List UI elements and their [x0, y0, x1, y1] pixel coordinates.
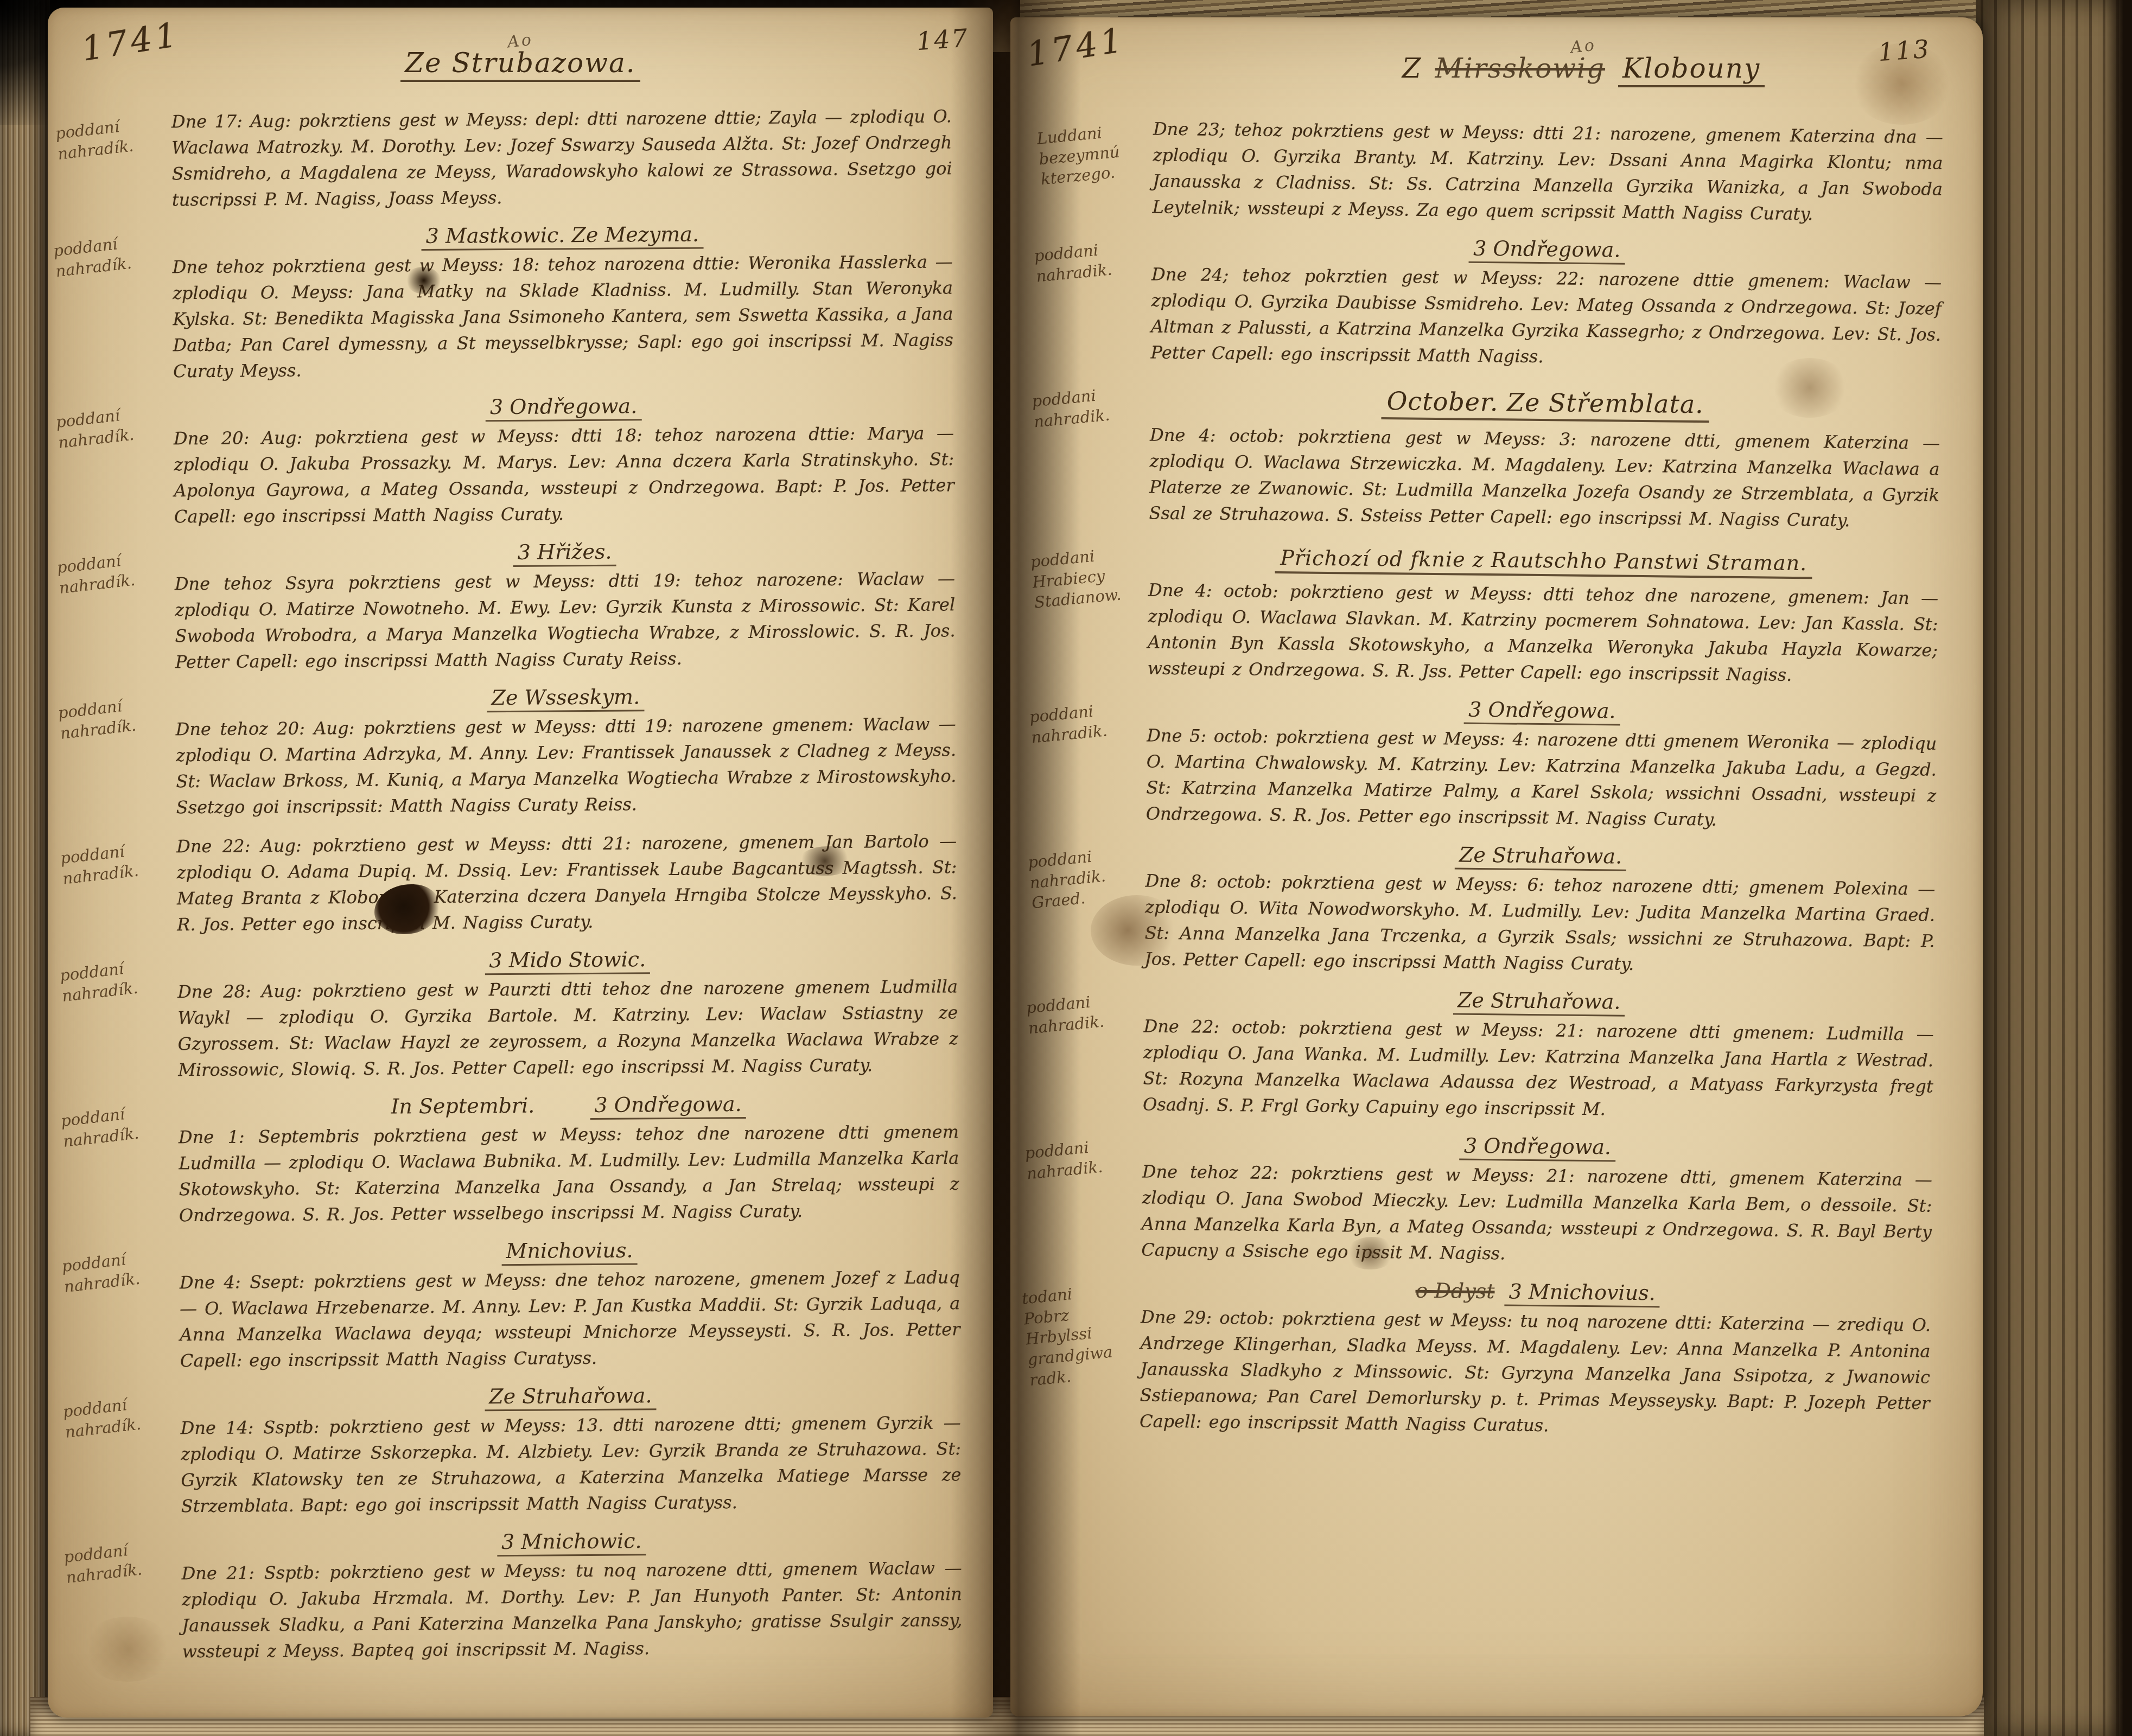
register-entry: poddani nahradik. October. Ze Střemblata… — [1036, 377, 1940, 534]
entry-place-heading: 3 Mido Stowic. — [177, 945, 958, 974]
entry-place-heading: 3 Hřižes. — [174, 537, 954, 566]
register-entry: poddaní nahradík. Dne 22: Aug: pokrztien… — [63, 828, 957, 938]
entry-margin-note: poddaní nahradík. — [52, 221, 173, 390]
place-heading-right: Klobouny — [1618, 53, 1765, 87]
entry-body-text: Dne tehoz pokrztiena gest w Meyss: 18: t… — [173, 248, 954, 384]
page-heading-right: Ao Z Mirsskowig Klobouny — [1010, 37, 1983, 84]
entry-body-text: Dne 22: Aug: pokrztieno gest w Meyss: dt… — [176, 828, 957, 937]
register-entry: Luddani bezeymnú kterzego. Dne 23; tehoz… — [1039, 114, 1943, 228]
register-entry: poddani nahradik. 3 Ondřegowa. Dne 5: oc… — [1033, 693, 1937, 834]
entry-margin-note: poddaní nahradík. — [59, 1091, 177, 1234]
manuscript-page-right: 1741 113 Ao Z Mirsskowig Klobouny Luddan… — [1010, 17, 1983, 1716]
entry-place-heading: In Septembri. 3 Ondřegowa. — [178, 1090, 958, 1120]
entry-body-text: Dne 14: Ssptb: pokrztieno gest w Meyss: … — [181, 1409, 962, 1519]
entry-body-text: Dne 4: octob: pokrztiena gest w Meyss: 3… — [1149, 422, 1940, 534]
entry-body-text: Dne 8: octob: pokrztiena gest w Meyss: 6… — [1144, 867, 1936, 980]
entry-margin-note: poddaní nahradík. — [60, 1236, 178, 1380]
entry-margin-note: poddaní nahradík. — [61, 1382, 179, 1525]
entry-place-heading: o Ddyst 3 Mnichovius. — [1141, 1275, 1931, 1307]
entry-body-text: Dne 23; tehoz pokrztiens gest w Meyss: d… — [1152, 116, 1943, 228]
register-entry: poddani nahradik. 3 Ondřegowa. Dne tehoz… — [1028, 1129, 1932, 1271]
entry-body-text: Dne 24; tehoz pokrztien gest w Meyss: 22… — [1150, 261, 1942, 374]
entry-body-text: Dne 17: Aug: pokrztiens gest w Meyss: de… — [171, 103, 952, 213]
entry-margin-note: poddani nahradik. Graed. — [1026, 834, 1142, 976]
entry-body-text: Dne 20: Aug: pokrztiena gest w Meyss: dt… — [174, 420, 954, 529]
register-entry: poddaní nahradík. 3 Mnichowic. Dne 21: S… — [68, 1527, 963, 1665]
book-left-page-stack — [0, 0, 50, 1736]
register-entry: poddaní nahradík. 3 Ondřegowa. Dne 20: A… — [60, 392, 954, 530]
entry-body-text: Dne tehoz Ssyra pokrztiens gest w Meyss:… — [175, 565, 956, 675]
entry-margin-note: poddaní nahradík. — [59, 828, 174, 943]
month-heading: In Septembri. — [391, 1094, 534, 1119]
heading-struck-word: Mirsskowig — [1431, 53, 1608, 84]
register-entry: poddani nahradik. Graed. Ze Struhařowa. … — [1032, 838, 1936, 980]
entry-body-text: Dne 4: octob: pokrztieno gest w Meyss: d… — [1147, 577, 1938, 689]
entry-body-text: Dne 5: octob: pokrztiena gest w Meyss: 4… — [1146, 722, 1937, 834]
entry-place-heading: 3 Mastkowic. Ze Mezyma. — [172, 220, 952, 250]
register-entry: poddaní nahradík. Ze Wsseskym. Dne tehoz… — [62, 682, 957, 821]
month-section-heading: October. Ze Střemblata. — [1150, 384, 1940, 422]
entry-margin-note: poddaní nahradík. — [58, 946, 176, 1089]
entry-place-heading: 3 Ondřegowa. — [1147, 694, 1937, 726]
entry-body-text: Dne 4: Ssept: pokrztiens gest w Meyss: d… — [180, 1264, 960, 1374]
entry-margin-note: poddaní nahradík. — [54, 392, 172, 535]
register-entry: poddani Hrabiecy Stadianow. Přichozí od … — [1034, 538, 1939, 689]
entry-place-heading: Ze Wsseskym. — [175, 682, 956, 712]
register-entry: poddaní nahradík. Mnichovius. Dne 4: Sse… — [66, 1236, 960, 1374]
left-page-entries: poddaní nahradík. Dne 17: Aug: pokrztien… — [59, 103, 963, 1704]
section-heading: Přichozí od fknie z Rautschho Panstwi St… — [1149, 545, 1939, 577]
entry-body-text: Dne 1: Septembris pokrztiena gest w Meys… — [179, 1119, 959, 1228]
entry-margin-note: poddaní nahradík. — [62, 1527, 180, 1670]
register-entry: poddaní nahradík. In Septembri. 3 Ondřeg… — [65, 1090, 959, 1229]
register-entry: poddaní nahradík. 3 Mido Stowic. Dne 28:… — [65, 945, 959, 1083]
register-entry: poddani nahradik. 3 Ondřegowa. Dne 24; t… — [1038, 232, 1942, 373]
register-entry: poddaní nahradík. 3 Mastkowic. Ze Mezyma… — [59, 220, 953, 385]
entry-margin-note: poddani nahradik. — [1023, 1125, 1139, 1267]
register-entry: todani Pobrz Hrbylssi grandgiwa radk. o … — [1027, 1274, 1931, 1442]
entry-margin-note: poddaní nahradík. — [55, 538, 173, 681]
manuscript-book: 1741 147 Ao Ze Strubazowa. poddaní nahra… — [0, 0, 2132, 1736]
struck-heading-word: o Ddyst — [1412, 1279, 1498, 1304]
entry-margin-note: poddaní nahradík. — [53, 104, 168, 219]
register-entry: poddani nahradik. Ze Struhařowa. Dne 22:… — [1030, 984, 1934, 1125]
entry-body-text: Dne 22: octob: pokrztiena gest w Meyss: … — [1143, 1013, 1934, 1125]
entry-body-text: Dne tehoz 22: pokrztiens gest w Meyss: 2… — [1141, 1158, 1932, 1271]
right-page-entries: Luddani bezeymnú kterzego. Dne 23; tehoz… — [1024, 114, 1943, 1705]
entry-place-heading: 3 Ondřegowa. — [1152, 233, 1942, 265]
entry-place-heading: 3 Mnichowic. — [181, 1527, 962, 1556]
entry-body-text: Dne 21: Ssptb: pokrztieno gest w Meyss: … — [181, 1555, 962, 1664]
register-entry: poddaní nahradík. Dne 17: Aug: pokrztien… — [59, 103, 952, 213]
entry-place-heading: 3 Ondřegowa. — [1142, 1130, 1932, 1162]
book-fore-edge-shadow — [2104, 0, 2132, 1736]
entry-margin-note: poddaní nahradík. — [56, 683, 174, 826]
entry-place-heading: Ze Struhařowa. — [180, 1381, 960, 1410]
entry-margin-note: Luddani bezeymnú kterzego. — [1035, 111, 1149, 224]
entry-margin-note: todani Pobrz Hrbylssi grandgiwa radk. — [1020, 1271, 1139, 1438]
entry-place-heading: Mnichovius. — [179, 1236, 959, 1265]
page-heading-left: Ao Ze Strubazowa. — [48, 31, 993, 79]
register-entry: poddaní nahradík. Ze Struhařowa. Dne 14:… — [67, 1381, 962, 1520]
entry-margin-note: poddani nahradik. — [1028, 689, 1144, 831]
entry-margin-note: poddani nahradik. — [1024, 980, 1141, 1121]
entry-body-text: Dne tehoz 20: Aug: pokrztiens gest w Mey… — [176, 711, 957, 820]
entry-place-heading: Ze Struhařowa. — [1145, 839, 1936, 871]
register-entry: poddaní nahradík. 3 Hřižes. Dne tehoz Ss… — [61, 537, 956, 675]
entry-place-heading: 3 Ondřegowa. — [173, 392, 953, 421]
entry-body-text: Dne 28: Aug: pokrztieno gest w Paurzti d… — [177, 973, 958, 1083]
entry-place-heading: Ze Struhařowa. — [1144, 985, 1934, 1017]
entry-margin-note: poddani nahradik. — [1033, 228, 1149, 369]
entry-margin-note: poddani Hrabiecy Stadianow. — [1029, 534, 1146, 685]
entry-body-text: Dne 29: octob: pokrztiena gest w Meyss: … — [1140, 1304, 1931, 1442]
entry-margin-note: poddani nahradik. — [1030, 373, 1148, 530]
manuscript-page-left: 1741 147 Ao Ze Strubazowa. poddaní nahra… — [48, 8, 993, 1718]
